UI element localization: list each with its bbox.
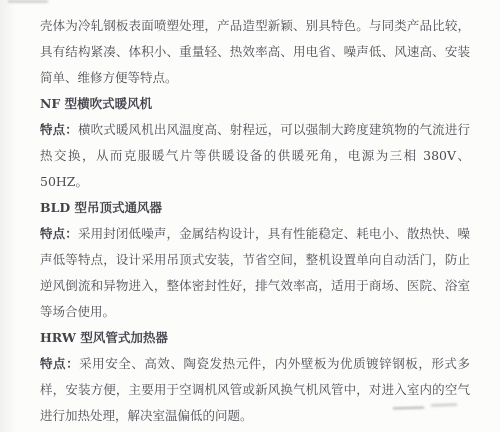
features-text: 采用封闭低噪声，金属结构设计，具有性能稳定、耗电小、散热快、噪声低等特点，设计采… bbox=[40, 226, 470, 319]
document-text-block: 壳体为冷轧钢板表面喷塑处理，产品造型新颖、别具特色。与同类产品比较，具有结构紧凑… bbox=[40, 13, 470, 429]
section-heading-hrw: HRW 型风管式加热器 bbox=[40, 325, 470, 351]
scanned-document-page: 壳体为冷轧钢板表面喷塑处理，产品造型新颖、别具特色。与同类产品比较，具有结构紧凑… bbox=[0, 0, 500, 432]
scan-left-edge-shading bbox=[0, 0, 16, 432]
intro-paragraph: 壳体为冷轧钢板表面喷塑处理，产品造型新颖、别具特色。与同类产品比较，具有结构紧凑… bbox=[40, 13, 470, 91]
features-label: 特点： bbox=[40, 356, 79, 371]
section-body-hrw: 特点：采用安全、高效、陶瓷发热元件，内外壁板为优质镀锌钢板，形式多样，安装方便，… bbox=[40, 351, 470, 429]
features-label: 特点： bbox=[40, 226, 78, 241]
section-heading-nf: NF 型横吹式暖风机 bbox=[40, 91, 470, 117]
section-heading-bld: BLD 型吊顶式通风器 bbox=[40, 195, 470, 221]
features-text: 横吹式暖风机出风温度高、射程远，可以强制大跨度建筑物的气流进行热交换，从而克服暖… bbox=[40, 122, 470, 189]
features-label: 特点： bbox=[40, 122, 78, 137]
scan-top-left-artifact bbox=[8, 0, 48, 3]
section-body-bld: 特点：采用封闭低噪声，金属结构设计，具有性能稳定、耗电小、散热快、噪声低等特点，… bbox=[40, 221, 470, 325]
section-body-nf: 特点：横吹式暖风机出风温度高、射程远，可以强制大跨度建筑物的气流进行热交换，从而… bbox=[40, 117, 470, 195]
features-text: 采用安全、高效、陶瓷发热元件，内外壁板为优质镀锌钢板，形式多样，安装方便，主要用… bbox=[40, 356, 470, 423]
